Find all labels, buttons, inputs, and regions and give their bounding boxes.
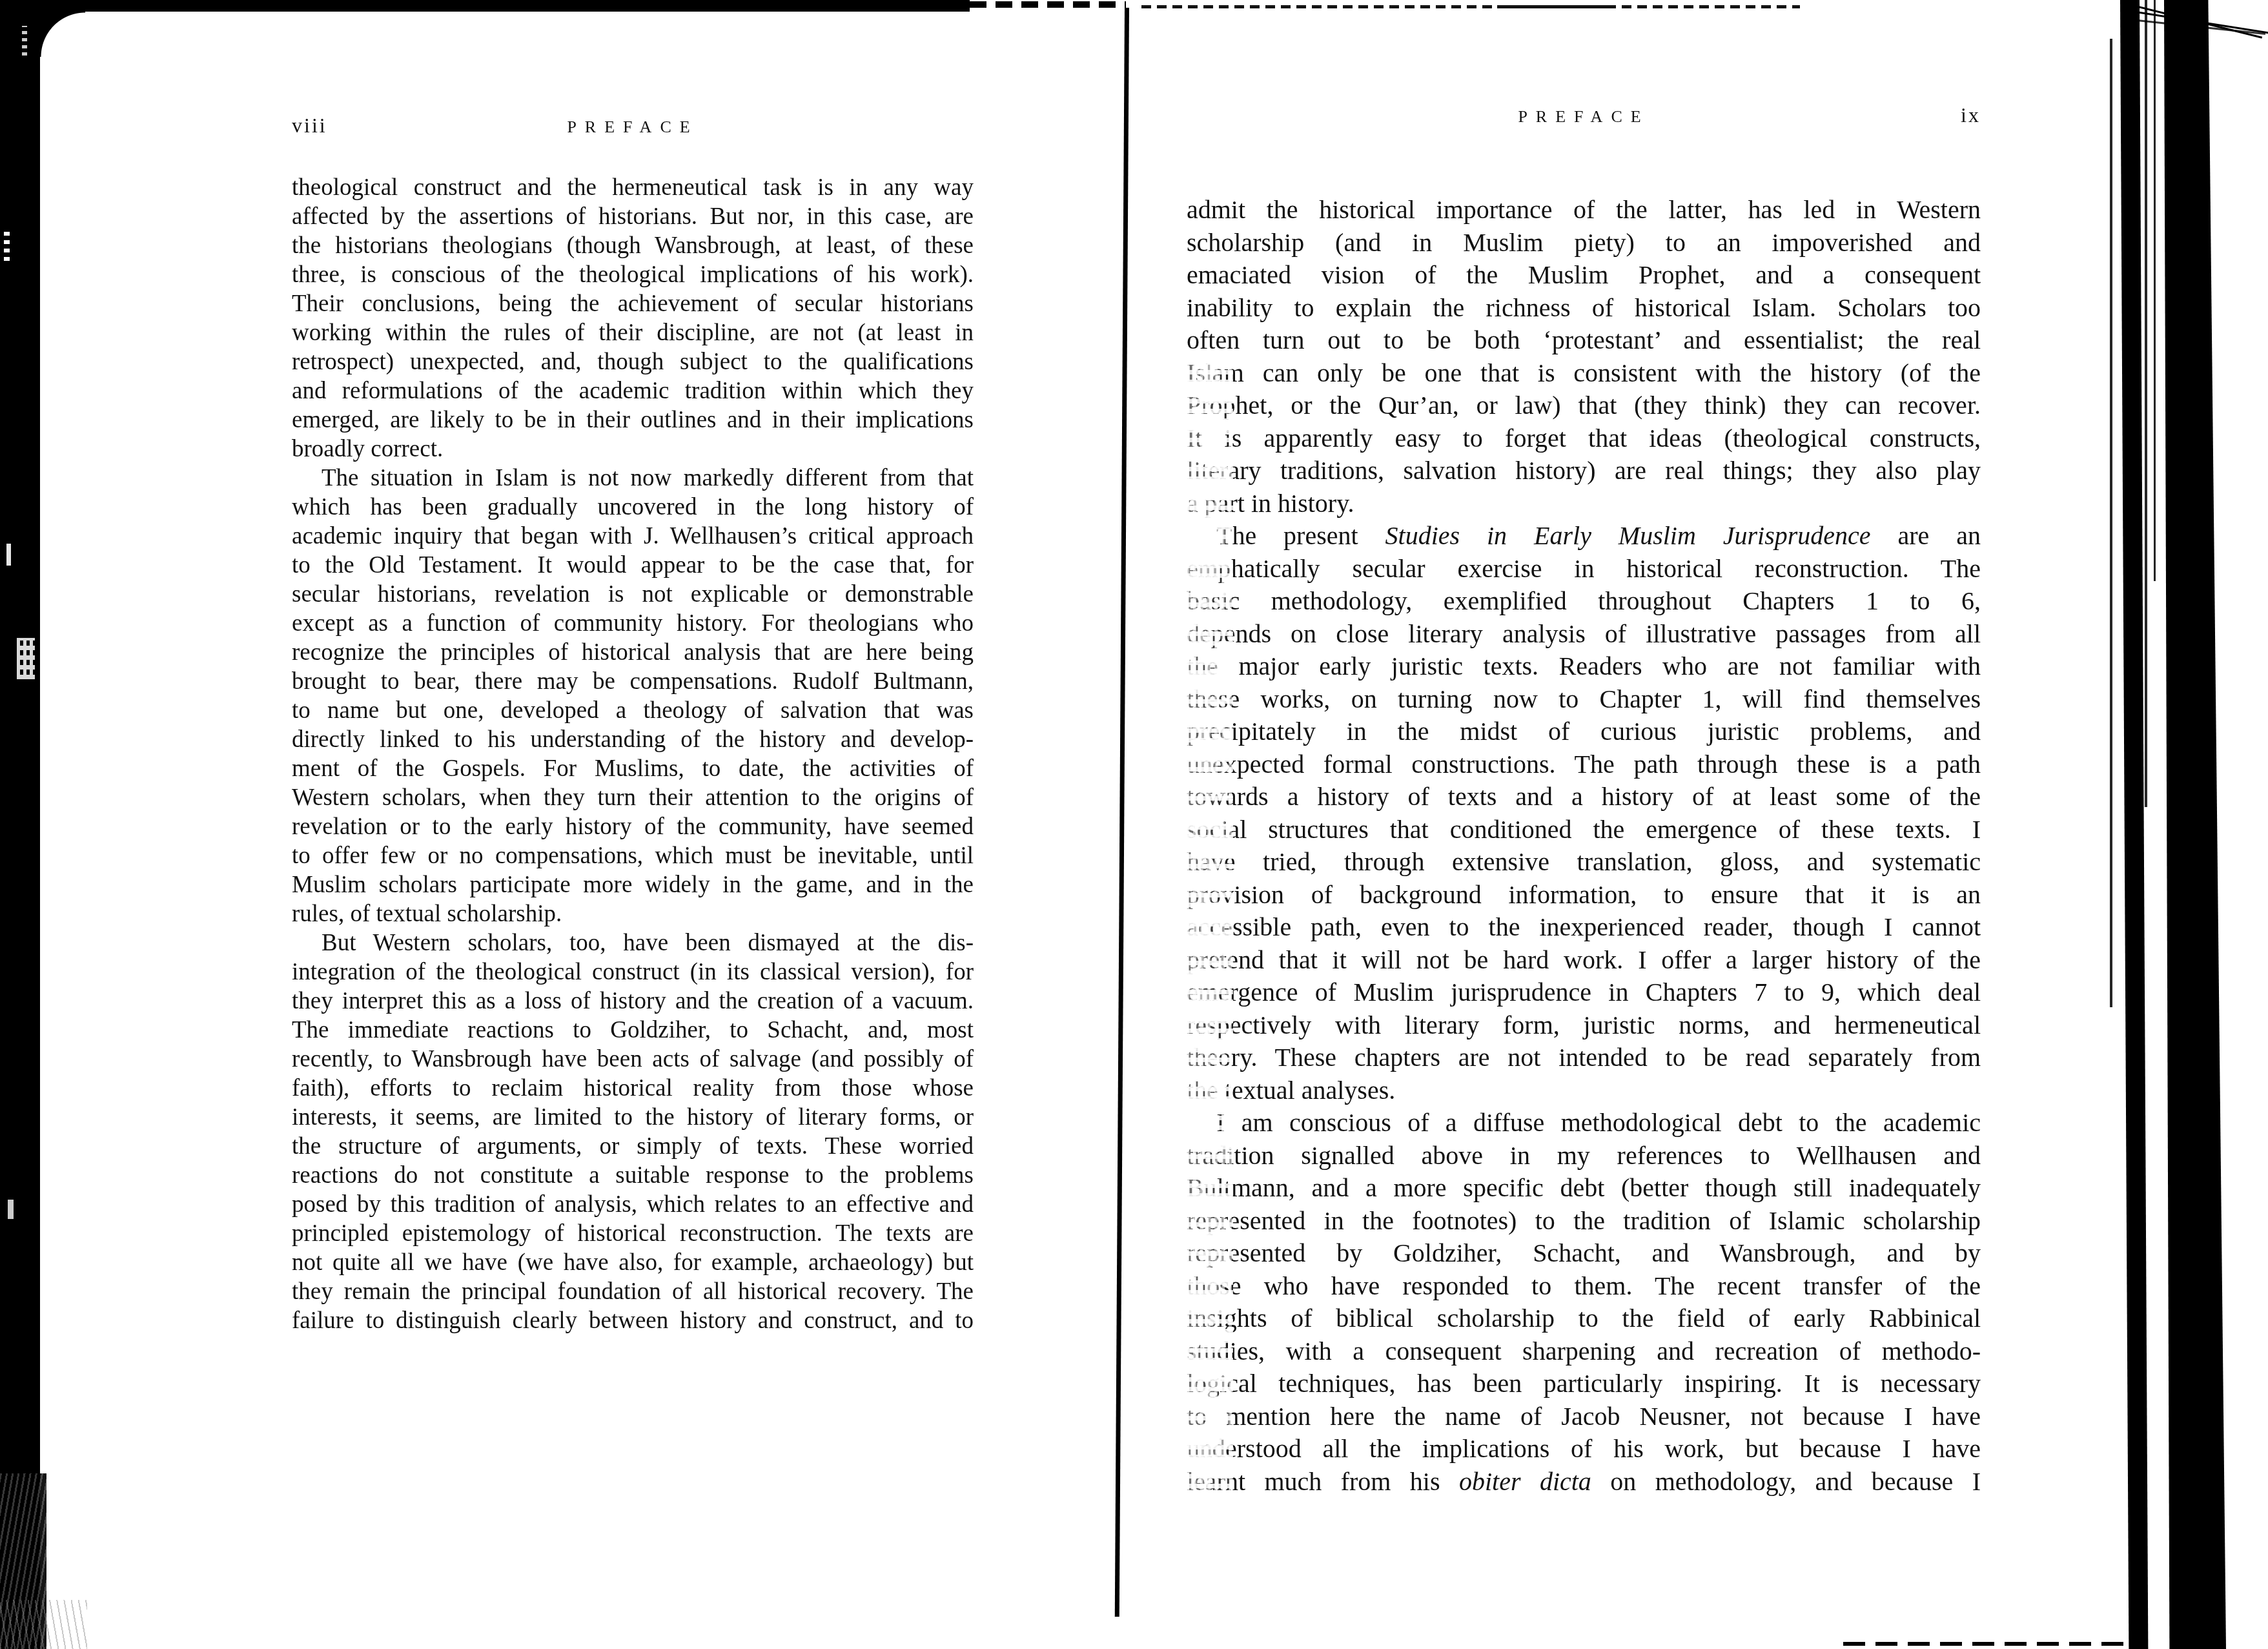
scan-top-border [0, 0, 970, 12]
text-line: ment of the Gospels. For Muslims, to dat… [292, 754, 974, 783]
text-line: learnt much from his obiter dicta on met… [1187, 1466, 1981, 1499]
scan-noise-speck [6, 544, 11, 566]
text-line: to name but one, developed a theology of… [292, 696, 974, 725]
text-line: tradition signalled above in my referenc… [1187, 1140, 1981, 1173]
text-line: directly linked to his understanding of … [292, 725, 974, 754]
text-line: rules, of textual scholarship. [292, 899, 974, 928]
right-running-header: PREFACE [1518, 107, 1649, 127]
text-line: working within the rules of their discip… [292, 318, 974, 347]
text-line: Muslim scholars participate more widely … [292, 870, 974, 899]
italic-phrase: obiter dicta [1459, 1467, 1591, 1496]
left-running-header: PREFACE [567, 118, 698, 137]
text-line: It is apparently easy to forget that ide… [1187, 422, 1981, 455]
text-line: admit the historical importance of the l… [1187, 194, 1981, 227]
right-page-bottom-edge-line [1843, 1642, 2134, 1646]
right-page-number: ix [1650, 103, 1981, 127]
text-line: the textual analyses. [1187, 1074, 1981, 1107]
text-line: integration of the theological construct… [292, 958, 974, 987]
text-line: which has been gradually uncovered in th… [292, 493, 974, 522]
text-line: The present Studies in Early Muslim Juri… [1187, 520, 1981, 553]
text-line: literary traditions, salvation history) … [1187, 455, 1981, 487]
fore-edge-page-line [2110, 39, 2112, 1007]
text-line: retrospect) unexpected, and, though subj… [292, 347, 974, 376]
text-line: Their conclusions, being the achievement… [292, 289, 974, 318]
text-line: not quite all we have (we have also, for… [292, 1248, 974, 1277]
text-line: recently, to Wansbrough have been acts o… [292, 1045, 974, 1074]
text-line: broadly correct. [292, 435, 974, 464]
text-line: depends on close literary analysis of il… [1187, 618, 1981, 651]
text-line: I am conscious of a diffuse methodologic… [1187, 1107, 1981, 1140]
text-line: revelation or to the early history of th… [292, 812, 974, 841]
text-line: precipitately in the midst of curious ju… [1187, 715, 1981, 748]
right-page-header: PREFACE ix [1187, 103, 1981, 127]
text-line: emaciated vision of the Muslim Prophet, … [1187, 259, 1981, 292]
text-line: basic methodology, exemplified throughou… [1187, 585, 1981, 618]
text-line: to offer few or no compensations, which … [292, 841, 974, 870]
scan-noise-speck [4, 227, 10, 261]
text-line: Islam can only be one that is consistent… [1187, 357, 1981, 390]
text-line: three, is conscious of the theological i… [292, 260, 974, 289]
text-line: Bultmann, and a more specific debt (bett… [1187, 1172, 1981, 1205]
fore-edge-page-line [2145, 0, 2147, 807]
text-line: emergence of Muslim jurisprudence in Cha… [1187, 976, 1981, 1009]
text-line: recognize the principles of historical a… [292, 638, 974, 667]
text-line: except as a function of community histor… [292, 609, 974, 638]
text-line: understood all the implications of his w… [1187, 1433, 1981, 1466]
text-line: represented by Goldziher, Schacht, and W… [1187, 1237, 1981, 1270]
text-line: to mention here the name of Jacob Neusne… [1187, 1400, 1981, 1433]
text-line: often turn out to be both ‘protestant’ a… [1187, 324, 1981, 357]
text-line: But Western scholars, too, have been dis… [292, 928, 974, 958]
text-line: the major early juristic texts. Readers … [1187, 650, 1981, 683]
text-line: provision of background information, to … [1187, 879, 1981, 912]
text-line: the historians theologians (though Wansb… [292, 231, 974, 260]
text-line: unexpected formal constructions. The pat… [1187, 748, 1981, 781]
text-line: they interpret this as a loss of history… [292, 987, 974, 1016]
text-line: logical techniques, has been particularl… [1187, 1367, 1981, 1400]
text-line: respectively with literary form, juristi… [1187, 1009, 1981, 1042]
text-line: and reformulations of the academic tradi… [292, 376, 974, 405]
book-gutter-shadow [1115, 8, 1129, 1617]
text-line: accessible path, even to the inexperienc… [1187, 911, 1981, 944]
text-line: emphatically secular exercise in histori… [1187, 553, 1981, 586]
text-line: inability to explain the richness of his… [1187, 292, 1981, 325]
text-line: secular historians, revelation is not ex… [292, 580, 974, 609]
text-line: academic inquiry that began with J. Well… [292, 522, 974, 551]
text-line: pretend that it will not be hard work. I… [1187, 944, 1981, 977]
text-line: have tried, through extensive translatio… [1187, 846, 1981, 879]
scan-noise-speck [17, 638, 35, 679]
italic-phrase: Studies in Early Muslim Jurisprudence [1385, 521, 1871, 550]
scan-noise-speck [8, 1200, 14, 1219]
text-line: these works, on turning now to Chapter 1… [1187, 683, 1981, 716]
text-line: scholarship (and in Muslim piety) to an … [1187, 227, 1981, 260]
right-page-text-block: admit the historical importance of the l… [1187, 194, 1981, 1498]
text-line: a part in history. [1187, 487, 1981, 520]
left-page-number: viii [292, 114, 567, 138]
scan-ripple-artifact [0, 1600, 87, 1649]
text-line: towards a history of texts and a history… [1187, 781, 1981, 814]
text-line: faith), efforts to reclaim historical re… [292, 1074, 974, 1103]
fore-edge-page-line [2154, 0, 2156, 581]
text-line: failure to distinguish clearly between h… [292, 1306, 974, 1335]
left-page-header: viii PREFACE [292, 114, 974, 138]
text-line: reactions do not constitute a suitable r… [292, 1161, 974, 1190]
text-line: theological construct and the hermeneuti… [292, 173, 974, 202]
right-page-top-edge-line [1141, 5, 1800, 8]
scanned-book-spread: viii PREFACE theological construct and t… [0, 0, 2268, 1649]
text-line: Prophet, or the Qur’an, or law) that (th… [1187, 389, 1981, 422]
text-line: principled epistemology of historical re… [292, 1219, 974, 1248]
text-line: they remain the principal foundation of … [292, 1277, 974, 1306]
text-line: interests, it seems, are limited to the … [292, 1103, 974, 1132]
fore-edge-page-stack-band [2120, 0, 2148, 1649]
text-line: the structure of arguments, or simply of… [292, 1132, 974, 1161]
text-line: studies, with a consequent sharpening an… [1187, 1335, 1981, 1368]
text-line: affected by the assertions of historians… [292, 202, 974, 231]
text-line: represented in the footnotes) to the tra… [1187, 1205, 1981, 1238]
page-rounded-corner [40, 12, 85, 57]
left-page-text-block: theological construct and the hermeneuti… [292, 173, 974, 1335]
text-line: Western scholars, when they turn their a… [292, 783, 974, 812]
text-line: to the Old Testament. It would appear to… [292, 551, 974, 580]
text-line: theory. These chapters are not intended … [1187, 1041, 1981, 1074]
text-line: The immediate reactions to Goldziher, to… [292, 1016, 974, 1045]
text-line: The situation in Islam is not now marked… [292, 464, 974, 493]
text-line: those who have responded to them. The re… [1187, 1270, 1981, 1303]
text-line: posed by this tradition of analysis, whi… [292, 1190, 974, 1219]
text-line: emerged, are likely to be in their outli… [292, 405, 974, 435]
text-line: insights of biblical scholarship to the … [1187, 1302, 1981, 1335]
fore-edge-cover-band [2156, 0, 2234, 1649]
text-line: social structures that conditioned the e… [1187, 814, 1981, 846]
scan-top-border-dashes [970, 1, 1126, 8]
scan-noise-speck [22, 26, 27, 56]
text-line: brought to bear, there may be compensati… [292, 667, 974, 696]
